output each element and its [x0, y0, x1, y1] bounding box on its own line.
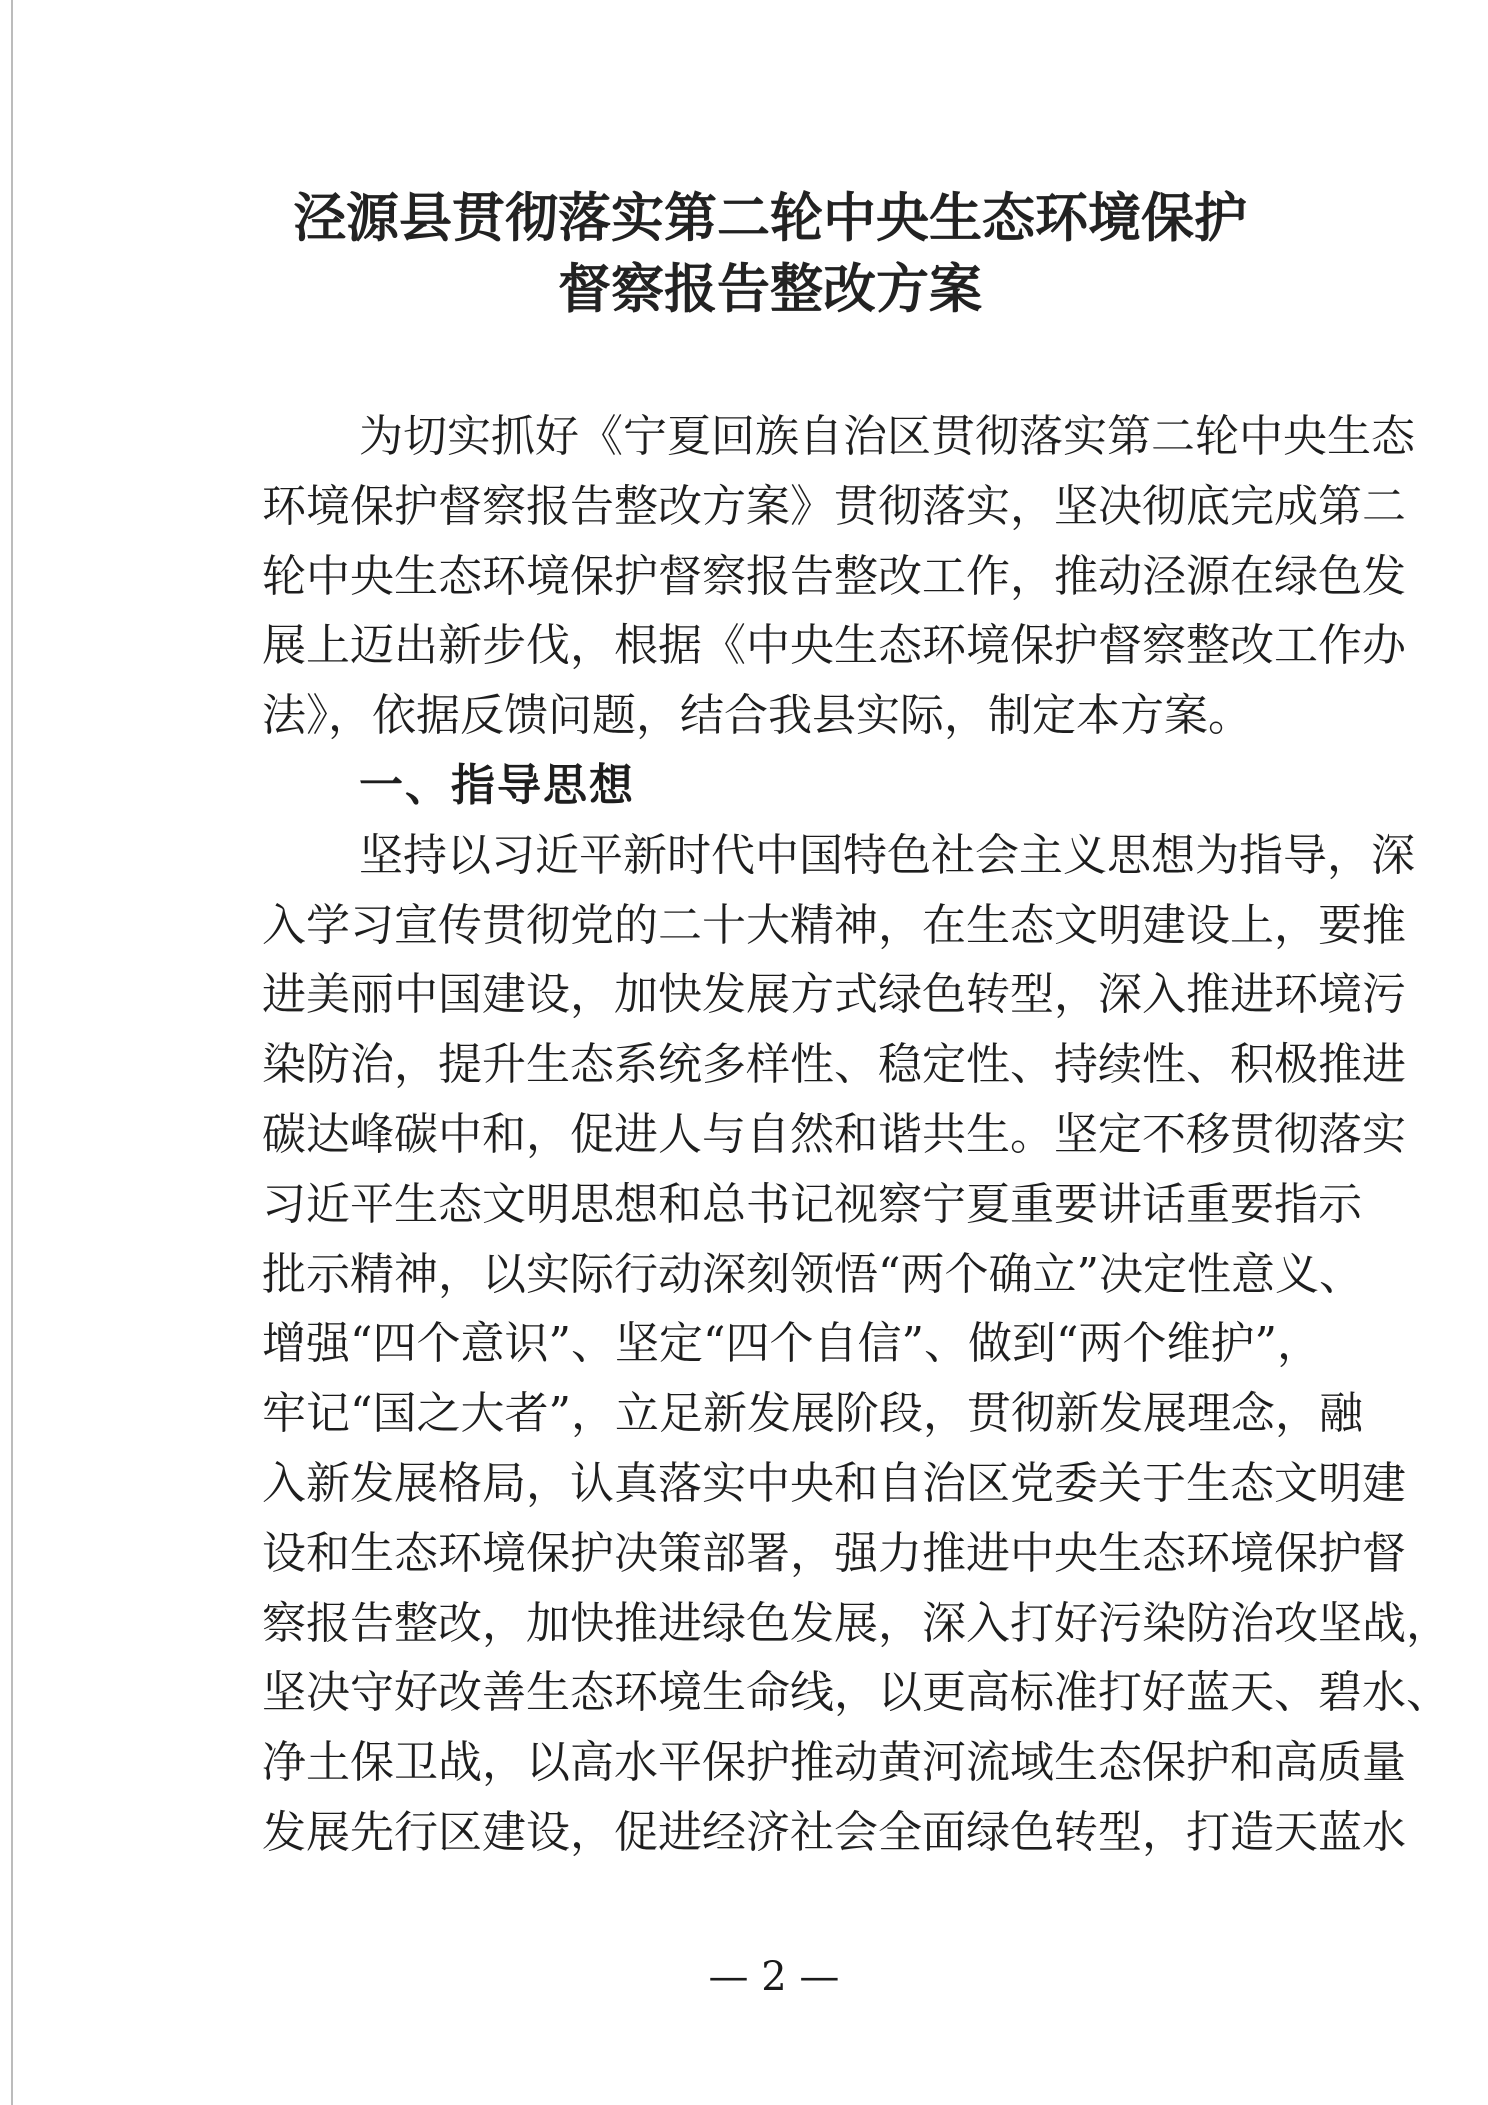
- paragraph-line: 设和生态环境保护决策部署，强力推进中央生态环境保护督: [262, 1519, 1282, 1589]
- paragraph-line: 发展先行区建设，促进经济社会全面绿色转型，打造天蓝水: [262, 1798, 1282, 1868]
- page-number: — 2 —: [0, 1955, 1488, 1999]
- document-title-line-1: 泾源县贯彻落实第二轮中央生态环境保护: [26, 188, 1488, 248]
- document-page: 泾源县贯彻落实第二轮中央生态环境保护 督察报告整改方案 为切实抓好《宁夏回族自治…: [0, 0, 1488, 2105]
- paragraph-line: 习近平生态文明思想和总书记视察宁夏重要讲话重要指示: [262, 1170, 1282, 1240]
- paragraph-line: 染防治，提升生态系统多样性、稳定性、持续性、积极推进: [262, 1030, 1282, 1100]
- paragraph-line: 碳达峰碳中和，促进人与自然和谐共生。坚定不移贯彻落实: [262, 1100, 1282, 1170]
- section-heading: 一、指导思想: [262, 751, 1282, 821]
- paragraph-line: 坚决守好改善生态环境生命线，以更高标准打好蓝天、碧水、: [262, 1658, 1282, 1728]
- paragraph-line: 入学习宣传贯彻党的二十大精神，在生态文明建设上，要推: [262, 891, 1282, 961]
- paragraph-line: 增强“四个意识”、坚定“四个自信”、做到“两个维护”，: [262, 1309, 1282, 1379]
- paragraph-line: 展上迈出新步伐，根据《中央生态环境保护督察整改工作办: [262, 611, 1282, 681]
- paragraph-line: 轮中央生态环境保护督察报告整改工作，推动泾源在绿色发: [262, 542, 1282, 612]
- paragraph-line: 坚持以习近平新时代中国特色社会主义思想为指导，深: [262, 821, 1282, 891]
- paragraph-line: 批示精神，以实际行动深刻领悟“两个确立”决定性意义、: [262, 1240, 1282, 1310]
- paragraph-line: 察报告整改，加快推进绿色发展，深入打好污染防治攻坚战，: [262, 1589, 1282, 1659]
- paragraph-line: 入新发展格局，认真落实中央和自治区党委关于生态文明建: [262, 1449, 1282, 1519]
- document-title-line-2: 督察报告整改方案: [26, 259, 1488, 319]
- paragraph-line: 环境保护督察报告整改方案》贯彻落实，坚决彻底完成第二: [262, 472, 1282, 542]
- paragraph-line: 净土保卫战，以高水平保护推动黄河流域生态保护和高质量: [262, 1728, 1282, 1798]
- paragraph-line: 法》，依据反馈问题，结合我县实际，制定本方案。: [262, 681, 1282, 751]
- paragraph-line: 牢记“国之大者”，立足新发展阶段，贯彻新发展理念，融: [262, 1379, 1282, 1449]
- paragraph-line: 为切实抓好《宁夏回族自治区贯彻落实第二轮中央生态: [262, 402, 1282, 472]
- paragraph-line: 进美丽中国建设，加快发展方式绿色转型，深入推进环境污: [262, 960, 1282, 1030]
